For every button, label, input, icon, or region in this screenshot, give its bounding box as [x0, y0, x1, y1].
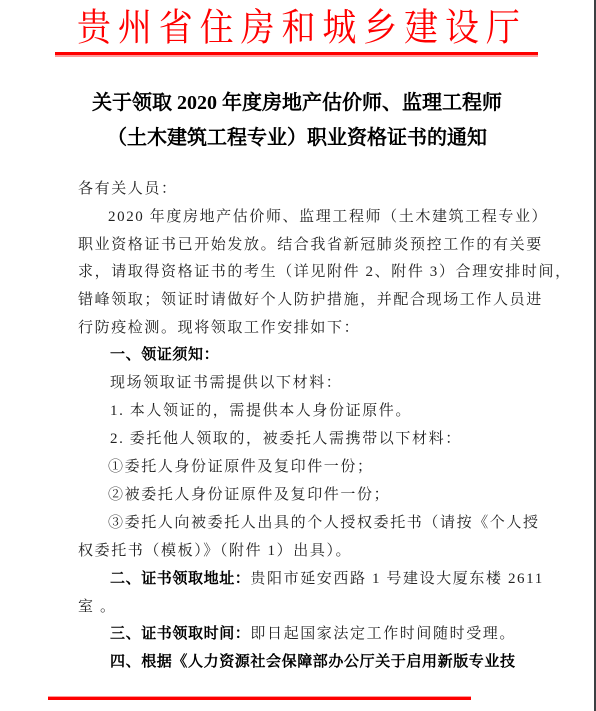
masthead-char: 城	[322, 3, 356, 52]
section-3-time: 即日起国家法定工作时间随时受理。	[250, 626, 516, 642]
notice-title-line-1: 关于领取 2020 年度房地产估价师、监理工程师	[0, 91, 594, 115]
masthead-char: 乡	[363, 3, 397, 52]
section-1-item-3: ③委托人向被委托人出具的个人授权委托书（请按《个人授	[108, 513, 520, 533]
intro-line-4: 错峰领取；领证时请做好个人防护措施，并配合现场工作人员进	[78, 290, 520, 310]
document-page: 贵州省住房和城乡建设厅 关于领取 2020 年度房地产估价师、监理工程师 （土木…	[0, 0, 594, 711]
intro-line-2: 职业资格证书已开始发放。结合我省新冠肺炎预控工作的有关要	[78, 235, 520, 255]
section-2-heading: 二、证书领取地址：	[110, 570, 250, 587]
section-2-line: 二、证书领取地址：贵阳市延安西路 1 号建设大厦东楼 2611	[110, 569, 544, 589]
notice-title-line-2: （土木建筑工程专业）职业资格证书的通知	[0, 126, 594, 150]
section-1-line-2: 1. 本人领证的，需提供本人身份证原件。	[110, 401, 412, 421]
footer-red-rule	[48, 697, 471, 700]
masthead-char: 和	[281, 3, 315, 52]
section-1-item-1: ①委托人身份证原件及复印件一份；	[108, 457, 374, 477]
section-1-item-2: ②被委托人身份证原件及复印件一份；	[108, 485, 390, 505]
masthead-char: 省	[159, 3, 193, 52]
section-1-line-3: 2. 委托他人领取的，被委托人需携带以下材料：	[110, 429, 462, 449]
intro-line-1: 2020 年度房地产估价师、监理工程师（土木建筑工程专业）	[108, 207, 548, 227]
masthead-char: 厅	[486, 3, 520, 52]
section-3-line: 三、证书领取时间：即日起国家法定工作时间随时受理。	[110, 624, 516, 644]
masthead-char: 住	[200, 3, 234, 52]
section-1-heading: 一、领证须知：	[110, 345, 219, 365]
masthead-char: 贵	[77, 3, 111, 52]
section-1-line-1: 现场领取证书需提供以下材料：	[110, 373, 342, 393]
masthead-char: 设	[445, 3, 479, 52]
masthead: 贵州省住房和城乡建设厅	[55, 6, 538, 50]
masthead-char: 州	[118, 3, 152, 52]
intro-line-3: 求，请取得资格证书的考生（详见附件 2、附件 3）合理安排时间，	[78, 262, 520, 282]
masthead-char: 建	[404, 3, 438, 52]
masthead-char: 房	[241, 3, 275, 52]
section-2-address: 贵阳市延安西路 1 号建设大厦东楼 2611	[250, 571, 543, 587]
masthead-red-rule	[55, 52, 538, 55]
salutation: 各有关人员：	[78, 179, 178, 199]
section-3-heading: 三、证书领取时间：	[110, 625, 250, 642]
section-2-address-continued: 室 。	[78, 597, 117, 617]
section-4-heading: 四、根据《人力资源社会保障部办公厅关于启用新版专业技	[110, 652, 516, 672]
section-1-item-3-continued: 权委托书（模板）》（附件 1）出具）。	[78, 541, 352, 561]
intro-line-5: 行防疫检测。现将领取工作安排如下：	[78, 318, 360, 338]
